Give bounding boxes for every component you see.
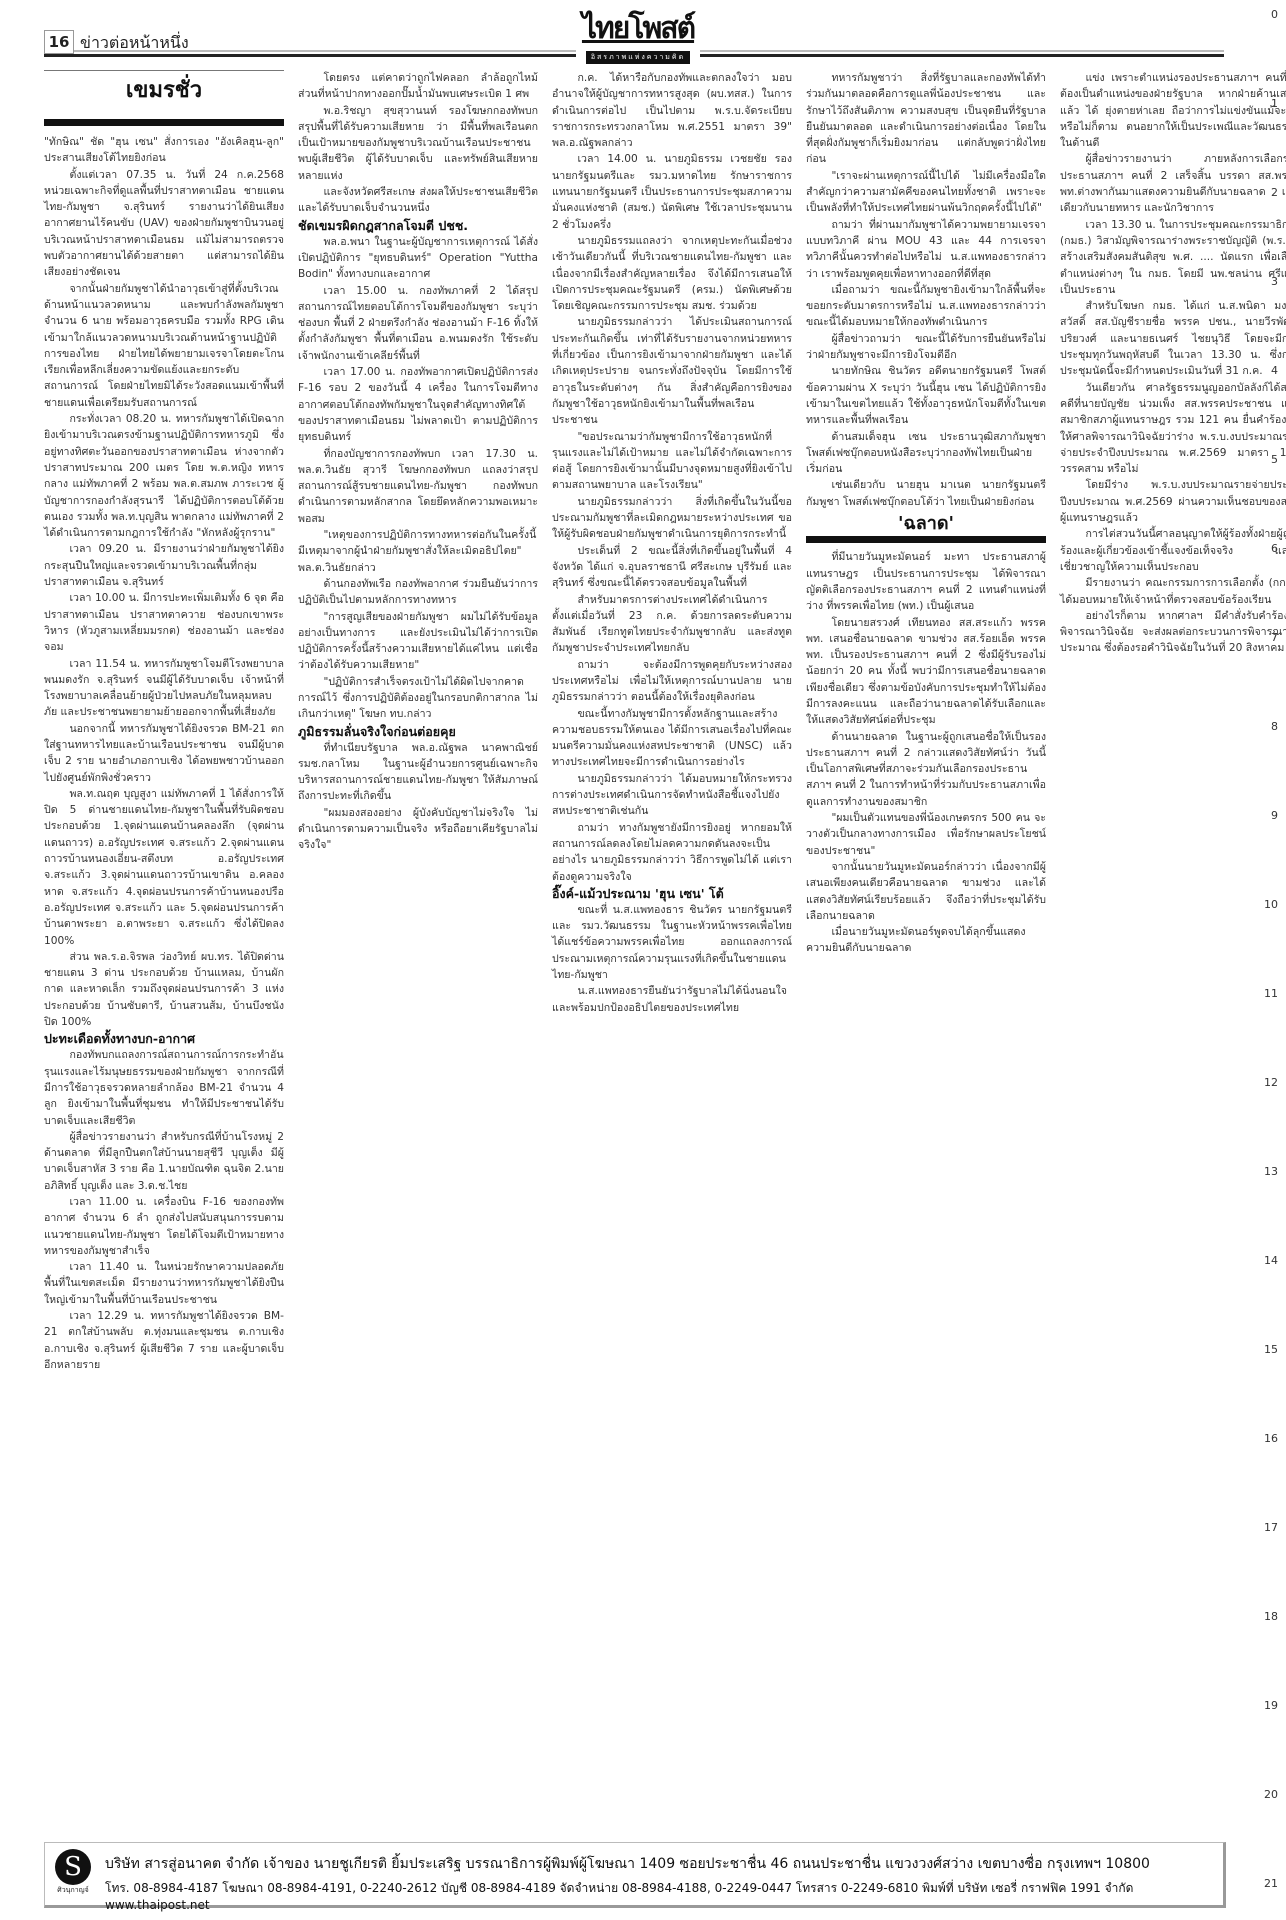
- paragraph: เวลา 11.00 น. เครื่องบิน F-16 ของกองทัพอ…: [44, 1194, 284, 1259]
- paragraph: พล.อ.พนา ในฐานะผู้บัญชาการเหตุการณ์ ได้ส…: [298, 234, 538, 283]
- paragraph: เมื่อนายวันมูหะมัดนอร์พูดจบได้ลุกขึ้นแสด…: [806, 924, 1046, 957]
- line-number: 14: [1264, 1254, 1278, 1267]
- imprint-line-1: บริษัท สารสู่อนาคต จำกัด เจ้าของ นายชูเก…: [105, 1853, 1150, 1875]
- article-kicker: เขมรชั่ว: [44, 70, 284, 126]
- paragraph: เวลา 15.00 น. กองทัพภาคที่ 2 ได้สรุปสถาน…: [298, 283, 538, 364]
- paragraph: โดยมีร่าง พ.ร.บ.งบประมาณรายจ่ายประจำปีงบ…: [1060, 477, 1286, 526]
- column-3-body-b: ขณะที่ น.ส.แพทองธาร ชินวัตร นายกรัฐมนตรี…: [552, 902, 792, 1016]
- column-3: ก.ค. ได้หารือกับกองทัพและตกลงใจว่า มอบอำ…: [552, 70, 792, 1016]
- paragraph: กองทัพบกแถลงการณ์สถานการณ์การกระทำอันรุน…: [44, 1047, 284, 1128]
- line-number: 16: [1264, 1432, 1278, 1445]
- column-2-body-d: ที่ทำเนียบรัฐบาล พล.อ.ณัฐพล นาคพาณิชย์ ร…: [298, 740, 538, 854]
- paragraph: ประเด็นที่ 2 ขณะนี้สิ่งที่เกิดขึ้นอยู่ใน…: [552, 543, 792, 592]
- paragraph: วันเดียวกัน ศาลรัฐธรรมนูญออกบัลลังก์ได้ส…: [1060, 380, 1286, 478]
- section-title: ข่าวต่อหน้าหนึ่ง: [80, 31, 189, 56]
- column-1-body: ตั้งแต่เวลา 07.35 น. วันที่ 24 ก.ค.2568 …: [44, 167, 284, 1031]
- column-4: ทหารกัมพูชาว่า สิ่งที่รัฐบาลและกองทัพได้…: [806, 70, 1046, 957]
- paragraph: "เราจะผ่านเหตุการณ์นี้ไปได้ ไม่มีเครื่อง…: [806, 168, 1046, 217]
- paragraph: อย่างไรก็ตาม หากศาลฯ มีคำสั่งรับคำร้องไว…: [1060, 608, 1286, 657]
- column-2: โดยตรง แต่คาดว่าถูกไฟคลอก ลำล้อถูกไหม้ ส…: [298, 70, 538, 854]
- paragraph: ขณะนี้ทางกัมพูชามีการตั้งหลักฐานและสร้าง…: [552, 706, 792, 771]
- line-number: 11: [1264, 987, 1278, 1000]
- paragraph: และจังหวัดศรีสะเกษ ส่งผลให้ประชาชนเสียชี…: [298, 184, 538, 217]
- masthead-name: ไทยโพสต์: [576, 14, 700, 44]
- paragraph: "ขอประณามว่ากัมพูชามีการใช้อาวุธหนักที่ร…: [552, 429, 792, 494]
- paragraph: เวลา 14.00 น. นายภูมิธรรม เวชยชัย รองนาย…: [552, 151, 792, 232]
- paragraph: มีรายงานว่า คณะกรรมการการเลือกตั้ง (กกต.…: [1060, 575, 1286, 608]
- paragraph: สำหรับมาตรการต่างประเทศได้ดำเนินการตั้งแ…: [552, 592, 792, 657]
- masthead-slogan: อิสรภาพแห่งความคิด: [586, 51, 690, 64]
- paragraph: ส่วน พล.ร.อ.จิรพล ว่องวิทย์ ผบ.ทร. ได้ปิ…: [44, 949, 284, 1030]
- paragraph: น.ส.แพทองธารยืนยันว่ารัฐบาลไม่ได้นิ่งนอน…: [552, 983, 792, 1016]
- paragraph: ผู้สื่อข่าวรายงานว่า สำหรับกรณีที่บ้านโร…: [44, 1129, 284, 1194]
- subhead: ชัดเขมรผิดกฎสากลโจมตี ปชช.: [298, 217, 538, 234]
- paragraph: ที่ทำเนียบรัฐบาล พล.อ.ณัฐพล นาคพาณิชย์ ร…: [298, 740, 538, 805]
- subhead: อิ๊งค์-แม้วประณาม 'ฮุน เซน' โต้: [552, 885, 792, 902]
- paragraph: เช่นเดียวกับ นายฮุน มาเนต นายกรัฐมนตรีกั…: [806, 477, 1046, 510]
- paragraph: นายภูมิธรรมกล่าวว่า ได้มอบหมายให้กระทรวง…: [552, 771, 792, 820]
- paragraph: ที่มีนายวันมูหะมัดนอร์ มะทา ประธานสภาผู้…: [806, 549, 1046, 614]
- line-number: 18: [1264, 1610, 1278, 1623]
- paragraph: ก.ค. ได้หารือกับกองทัพและตกลงใจว่า มอบอำ…: [552, 70, 792, 151]
- paragraph: โดยนายสรวงศ์ เทียนทอง สส.สระแก้ว พรรค พท…: [806, 615, 1046, 729]
- paragraph: ด้านนายฉลาด ในฐานะผู้ถูกเสนอชื่อให้เป็นร…: [806, 729, 1046, 810]
- paragraph: ถามว่า ทางกัมพูชายังมีการยิงอยู่ หากยอมใ…: [552, 820, 792, 885]
- paragraph: ถามว่า จะต้องมีการพูดคุยกับระหว่างสองประ…: [552, 657, 792, 706]
- paragraph: การไต่สวนวันนี้ศาลอนุญาตให้ผู้ร้องทั้งฝ่…: [1060, 526, 1286, 575]
- paragraph: เวลา 10.00 น. มีการปะทะเพิ่มเติมทั้ง 6 จ…: [44, 590, 284, 655]
- paragraph: ด้านกองทัพเรือ กองทัพอากาศ ร่วมยืนยันว่า…: [298, 576, 538, 609]
- line-number: 0: [1271, 8, 1278, 21]
- paragraph: เวลา 11.40 น. ในหน่วยรักษาความปลอดภัยพื้…: [44, 1259, 284, 1308]
- paragraph: ที่กองบัญชาการกองทัพบก เวลา 17.30 น. พล.…: [298, 446, 538, 527]
- paragraph: พ.อ.ริชญา สุขสุวานนท์ รองโฆษกกองทัพบก สร…: [298, 103, 538, 184]
- article-lead: "ทักษิณ" ชัด "ฮุน เซน" สั่งการเอง "อังเค…: [44, 134, 284, 167]
- paragraph: เมื่อถามว่า ขณะนี้กัมพูชายิงเข้ามาใกล้พื…: [806, 282, 1046, 331]
- subhead: ปะทะเดือดทั้งทางบก-อากาศ: [44, 1030, 284, 1047]
- paragraph: แข่ง เพราะตำแหน่งรองประธานสภาฯ คนที่ 2 ต…: [1060, 70, 1286, 151]
- page-number: 16: [44, 30, 74, 54]
- paragraph: เวลา 17.00 น. กองทัพอากาศเปิดปฏิบัติการส…: [298, 364, 538, 445]
- paragraph: นายทักษิณ ชินวัตร อดีตนายกรัฐมนตรี โพสต์…: [806, 363, 1046, 428]
- imprint-line-2: โทร. 08-8984-4187 โฆษณา 08-8984-4191, 0-…: [105, 1879, 1223, 1912]
- column-5: แข่ง เพราะตำแหน่งรองประธานสภาฯ คนที่ 2 ต…: [1060, 70, 1286, 657]
- paragraph: ผู้สื่อข่าวถามว่า ขณะนี้ได้รับการยืนยันห…: [806, 331, 1046, 364]
- subhead: ภูมิธรรมลั่นจริงใจก่อนต่อยคุย: [298, 723, 538, 740]
- column-3-body: ก.ค. ได้หารือกับกองทัพและตกลงใจว่า มอบอำ…: [552, 70, 792, 885]
- paragraph: จากนั้นฝ่ายกัมพูชาได้นำอาวุธเข้าสู่ที่ตั…: [44, 281, 284, 411]
- paragraph: จากนั้นนายวันมูหะมัดนอร์กล่าวว่า เนื่องจ…: [806, 859, 1046, 924]
- line-number: 10: [1264, 898, 1278, 911]
- paragraph: เวลา 12.29 น. ทหารกัมพูชาได้ยิงจรวด BM-2…: [44, 1308, 284, 1373]
- paragraph: ด้านสมเด็จฮุน เซน ประธานวุฒิสภากัมพูชา โ…: [806, 429, 1046, 478]
- paragraph: โดยตรง แต่คาดว่าถูกไฟคลอก ลำล้อถูกไหม้ ส…: [298, 70, 538, 103]
- swan-logo-icon: S: [55, 1849, 91, 1885]
- paragraph: ผู้สื่อข่าวรายงานว่า ภายหลังการเลือกรองป…: [1060, 151, 1286, 216]
- column-2-body-b: พล.อ.พนา ในฐานะผู้บัญชาการเหตุการณ์ ได้ส…: [298, 234, 538, 609]
- paragraph: สำหรับโฆษก กมธ. ได้แก่ น.ส.พนิดา มงคลสวั…: [1060, 298, 1286, 379]
- imprint-footer: S ศิวนุกาญจ์ บริษัท สารสู่อนาคต จำกัด เจ…: [44, 1842, 1226, 1908]
- paragraph: "ผมมองสองอย่าง ผู้บังคับบัญชาไม่จริงใจ ไ…: [298, 805, 538, 854]
- masthead-logo: ไทยโพสต์ อิสรภาพแห่งความคิด: [576, 14, 700, 58]
- paragraph: พล.ท.ณฤต บุญสูงา แม่ทัพภาคที่ 1 ได้สั่งก…: [44, 786, 284, 949]
- line-number: 21: [1264, 1877, 1278, 1890]
- paragraph: เวลา 13.30 น. ในการประชุมคณะกรรมาธิการ (…: [1060, 217, 1286, 298]
- paragraph: "ปฏิบัติการสำเร็จตรงเป้าไม่ได้ผิดไปจากคา…: [298, 674, 538, 723]
- column-1-body-b: กองทัพบกแถลงการณ์สถานการณ์การกระทำอันรุน…: [44, 1047, 284, 1373]
- logo-caption: ศิวนุกาญจ์: [51, 1885, 95, 1896]
- paragraph: "การสูญเสียของฝ่ายกัมพูชา ผมไม่ได้รับข้อ…: [298, 609, 538, 674]
- paragraph: เวลา 11.54 น. ทหารกัมพูชาโจมตีโรงพยาบาลพ…: [44, 656, 284, 721]
- line-number: 15: [1264, 1343, 1278, 1356]
- paragraph: นายภูมิธรรมแถลงว่า จากเหตุปะทะกันเมื่อช่…: [552, 233, 792, 314]
- column-5-body: แข่ง เพราะตำแหน่งรองประธานสภาฯ คนที่ 2 ต…: [1060, 70, 1286, 657]
- line-number: 12: [1264, 1076, 1278, 1089]
- column-4-body: ทหารกัมพูชาว่า สิ่งที่รัฐบาลและกองทัพได้…: [806, 70, 1046, 510]
- box-heading: 'ฉลาด': [806, 516, 1046, 543]
- paragraph: "เหตุของการปฏิบัติการทางทหารต่อกันในครั้…: [298, 527, 538, 576]
- column-2-body-c: "การสูญเสียของฝ่ายกัมพูชา ผมไม่ได้รับข้อ…: [298, 609, 538, 723]
- paragraph: ขณะที่ น.ส.แพทองธาร ชินวัตร นายกรัฐมนตรี…: [552, 902, 792, 983]
- paragraph: "ผมเป็นตัวแทนของพี่น้องเกษตรกร 500 คน จะ…: [806, 810, 1046, 859]
- paragraph: กระทั่งเวลา 08.20 น. ทหารกัมพูชาได้เปิดฉ…: [44, 411, 284, 541]
- paragraph: ถามว่า ที่ผ่านมากัมพูชาได้ความพยายามเจรจ…: [806, 217, 1046, 282]
- publisher-logo: S ศิวนุกาญจ์: [51, 1849, 95, 1899]
- line-number: 8: [1271, 720, 1278, 733]
- line-number: 17: [1264, 1521, 1278, 1534]
- column-1: เขมรชั่ว "ทักษิณ" ชัด "ฮุน เซน" สั่งการเ…: [44, 70, 284, 1373]
- line-number: 13: [1264, 1165, 1278, 1178]
- line-number: 19: [1264, 1699, 1278, 1712]
- column-2-body: โดยตรง แต่คาดว่าถูกไฟคลอก ลำล้อถูกไหม้ ส…: [298, 70, 538, 217]
- line-number: 9: [1271, 809, 1278, 822]
- paragraph: ทหารกัมพูชาว่า สิ่งที่รัฐบาลและกองทัพได้…: [806, 70, 1046, 168]
- page-header: 16 ข่าวต่อหน้าหนึ่ง ไทยโพสต์ อิสรภาพแห่ง…: [44, 28, 1224, 56]
- paragraph: นายภูมิธรรมกล่าวว่า สิ่งที่เกิดขึ้นในวัน…: [552, 494, 792, 543]
- line-number: 20: [1264, 1788, 1278, 1801]
- paragraph: ตั้งแต่เวลา 07.35 น. วันที่ 24 ก.ค.2568 …: [44, 167, 284, 281]
- paragraph: นอกจากนี้ ทหารกัมพูชาได้ยิงจรวด BM-21 ตก…: [44, 721, 284, 786]
- column-4-box-body: ที่มีนายวันมูหะมัดนอร์ มะทา ประธานสภาผู้…: [806, 549, 1046, 956]
- paragraph: นายภูมิธรรมกล่าวว่า ได้ประเมินสถานการณ์ป…: [552, 314, 792, 428]
- paragraph: เวลา 09.20 น. มีรายงานว่าฝ่ายกัมพูชาได้ย…: [44, 541, 284, 590]
